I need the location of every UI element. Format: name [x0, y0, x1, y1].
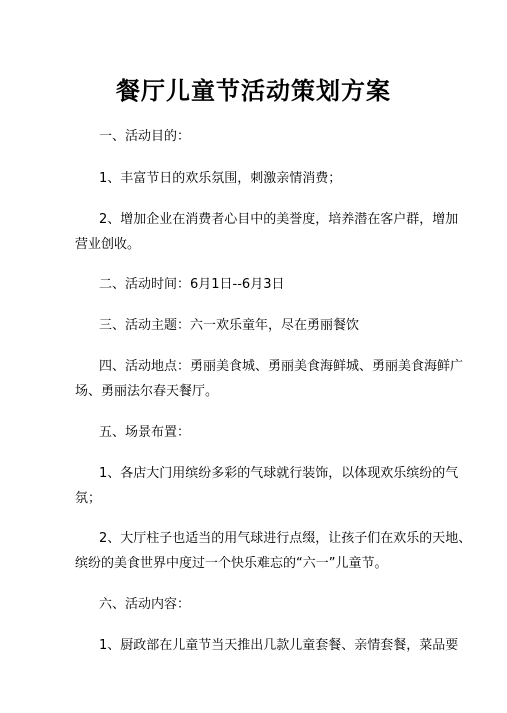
paragraph-continuation: 营业创收。	[75, 238, 140, 252]
section-heading-location: 四、活动地点：勇丽美食城、勇丽美食海鲜城、勇丽美食海鲜广	[99, 360, 469, 374]
paragraph-continuation: 氛；	[75, 492, 101, 506]
section-heading-decoration: 五、场景布置：	[99, 426, 469, 440]
paragraph: 1、各店大门用缤纷多彩的气球就行装饰，以体现欢乐缤纷的气	[99, 467, 469, 481]
section-heading-time: 二、活动时间：6月1日--6月3日	[99, 278, 469, 292]
paragraph: 2、增加企业在消费者心目中的美誉度，培养潜在客户群，增加	[99, 213, 469, 227]
paragraph: 1、丰富节日的欢乐氛围，刺激亲情消费；	[99, 172, 469, 186]
section-heading-theme: 三、活动主题：六一欢乐童年，尽在勇丽餐饮	[99, 319, 469, 333]
document-title: 餐厅儿童节活动策划方案	[0, 76, 507, 106]
section-heading-purpose: 一、活动目的：	[99, 130, 469, 144]
paragraph: 2、大厅柱子也适当的用气球进行点缀，让孩子们在欢乐的天地、	[99, 532, 469, 546]
document-page: 餐厅儿童节活动策划方案 一、活动目的： 1、丰富节日的欢乐氛围，刺激亲情消费； …	[0, 0, 507, 713]
section-heading-content: 六、活动内容：	[99, 598, 469, 612]
paragraph-continuation: 场、勇丽法尔春天餐厅。	[75, 385, 218, 399]
paragraph: 1、厨政部在儿童节当天推出几款儿童套餐、亲情套餐，菜品要	[99, 639, 469, 653]
paragraph-continuation: 缤纷的美食世界中度过一个快乐难忘的“六一”儿童节。	[75, 557, 387, 571]
